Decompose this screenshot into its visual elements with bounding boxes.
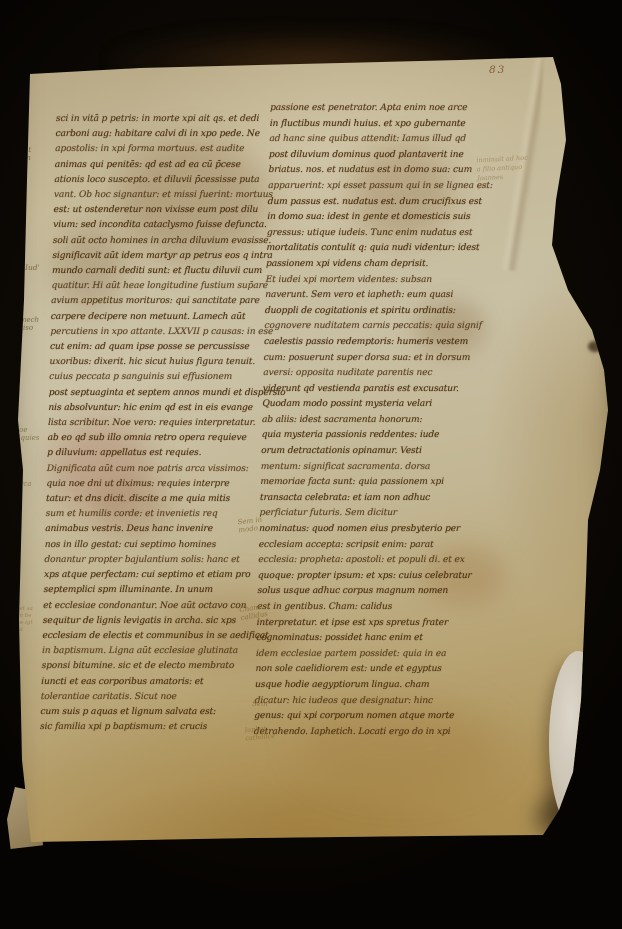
text-line: et ecclesiae condonantur. Noe aūt octavo… (43, 599, 235, 614)
text-line: sci in vitā p petris: in morte xpi ait q… (56, 112, 248, 127)
text-line: caelestis passio redemptoris: humeris ve… (264, 335, 462, 351)
text-line: cut enim: ad quam ipse posse se percussi… (50, 340, 242, 355)
text-line: percutiens in xpo attante. LXXVII p caus… (50, 325, 242, 340)
margin-inscription-right: inminuit ad hoca filio antiquoJoannespri (476, 154, 529, 192)
text-line: cognominatus: possidet hanc enim et (256, 631, 454, 647)
margin-note-line: Iud' (25, 263, 40, 272)
margin-note-line: Arca (15, 480, 32, 488)
text-line: animas qui penitēs: qd est ad ea cū p̄ce… (55, 158, 247, 173)
text-line: carboni aug: habitare calvi di in xpo pe… (55, 127, 247, 142)
text-line: genus: qui xpi corporum nomen atque mort… (254, 709, 452, 725)
text-line: est in gentibus. Cham: calidus (257, 600, 455, 616)
text-line: usque hodie aegyptiorum lingua. cham (255, 678, 453, 694)
text-line: dicatur: hic iudeos que designatur: hinc (254, 694, 452, 710)
text-line: septemplici spm illuminante. In unum (43, 583, 235, 598)
text-line: xps atque perfectam: cui septimo et etia… (44, 568, 236, 583)
text-line: viderunt qd vestienda paratis est excusa… (263, 382, 461, 398)
text-line: Quodam modo possint mysteria velari (262, 397, 460, 413)
text-line: in baptismum. Ligna aūt ecclesiae glutin… (42, 644, 234, 659)
text-line: cuius peccata p sanguinis sui effusionem (49, 370, 241, 385)
text-column-left: sci in vitā p petris: in morte xpi ait q… (40, 112, 248, 735)
text-line: naverunt. Sem vero et iapheth: eum quasi (265, 288, 463, 304)
text-line: briatus. nos. et nudatus est in domo sua… (268, 163, 466, 179)
text-line: sic familia xpi p baptismum: et crucis (40, 720, 232, 735)
text-line: ationis loco suscepto. et diluvii p̄cess… (54, 173, 246, 188)
text-line: in fluctibus mundi huius. et xpo guberna… (270, 117, 468, 133)
text-line: nis absolvuntur: hic enim qd est in eis … (48, 401, 240, 416)
text-line: cognovere nuditatem carnis peccatis: qui… (264, 319, 462, 335)
text-line: sum et humilis corde: et invenietis req (45, 507, 237, 522)
folio-number: 83 (489, 64, 506, 76)
text-line: orum detractationis opinamur. Vesti (261, 444, 459, 460)
text-line: ecclesia: propheta: apostoli: et populi … (258, 553, 456, 569)
margin-note-line: eqal (11, 627, 33, 634)
margin-note-line: occiso (11, 324, 39, 332)
text-line: quatitur. Hi aūt heae longitudine fustiu… (51, 279, 243, 294)
text-line: quia noe dni ut diximus: requies interpr… (46, 477, 238, 492)
text-line: idem ecclesiae partem possidet: quia in … (256, 647, 454, 663)
text-line: quoque: propter ipsum: et xps: cuius cel… (258, 569, 456, 585)
text-line: mortalitatis contulit q: quia nudi viden… (266, 241, 464, 257)
text-column-right: passione est penetrator. Apta enim noe a… (254, 101, 469, 740)
text-line: ecclesiam de electis et communibus in se… (42, 629, 234, 644)
text-line: interpretatur. et ipse est xps spretus f… (256, 616, 454, 632)
margin-note-left-4: Noerequies (13, 426, 39, 443)
text-line: lista scribitur. Noe vero: requies inter… (48, 416, 240, 431)
text-line: cum: posuerunt super dorsa sua: et in do… (263, 351, 461, 367)
text-line: quia mysteria passionis reddentes: iude (261, 428, 459, 444)
margin-note-line: requies (13, 434, 39, 442)
margin-note-line: catholice (245, 732, 275, 742)
weight-shadow (536, 790, 614, 844)
margin-note-left-5: Arca (15, 480, 32, 488)
text-line: post septuaginta et septem annos mundi e… (49, 386, 241, 401)
margin-note-line: Noe (13, 426, 39, 434)
text-line: nos in illo gestat: cui septimo homines (45, 538, 237, 553)
text-line: ab eo qd sub illo omnia retro opera requ… (47, 431, 239, 446)
text-line: detrahendo. Iaphetich. Locati ergo do in… (254, 725, 452, 741)
intercolumn-note-iaphet: Iaphetcatholice (244, 725, 275, 743)
text-line: p diluvium: appellatus est requies. (47, 446, 239, 461)
manuscript-photo: 83 sci in vitā p petris: in morte xpi ai… (0, 0, 622, 929)
margin-note-line: culant (9, 146, 31, 154)
margin-note-line: uelam (9, 154, 31, 162)
text-line: est: ut ostenderetur non vixisse eum pos… (53, 203, 245, 218)
parchment-page: 83 sci in vitā p petris: in morte xpi ai… (0, 0, 622, 929)
text-line: Dignificata aūt cum noe patris arca viss… (47, 462, 239, 477)
margin-note-line: Sem (252, 700, 268, 708)
page-weight-disc (549, 651, 607, 833)
text-line: duoppli de cogitationis et spiritu ordin… (265, 304, 463, 320)
text-line: uxoribus: dixerit. hic sicut huius figur… (49, 355, 241, 370)
text-line: ab aliis: idest sacramenta honorum: (262, 413, 460, 429)
text-line: significavit aūt idem martyr ap petrus e… (52, 249, 244, 264)
text-line: memoriae facta sunt: quia passionem xpi (260, 475, 458, 491)
text-line: vant. Ob hoc signantur: et missi fuerint… (54, 188, 246, 203)
text-line: iuncti et eas corporibus amatoris: et (41, 675, 233, 690)
text-line: post diluvium dominus quod plantaverit i… (269, 148, 467, 164)
text-line: ecclesiam accepta: scripsit enim: parat (259, 538, 457, 554)
text-line: vium: sed incondita cataclysmo fuisse de… (53, 218, 245, 233)
text-line: apparuerint: xpi esset passum qui in se … (268, 179, 466, 195)
text-line: aversi: opposita nuditate parentis nec (263, 366, 461, 382)
margin-note-left-1: culantuelam (9, 146, 31, 163)
text-line: solus usque adhuc corpus magnum nomen (257, 584, 455, 600)
text-line: carpere decipere non metuunt. Lamech aūt (51, 310, 243, 325)
text-line: non sole caelidiorem est: unde et egyptu… (255, 662, 453, 678)
text-line: Et iudei xpi mortem videntes: subsan (265, 273, 463, 289)
ink-spot (588, 341, 602, 352)
text-line: tolerantiae caritatis. Sicut noe (41, 690, 233, 705)
text-line: tatur: et dns dicit. discite a me quia m… (46, 492, 238, 507)
margin-note-line: men be (11, 613, 33, 620)
text-line: sequitur de lignis levigatis in archa. s… (43, 614, 235, 629)
text-line: soli aūt octo homines in archa diluvium … (53, 234, 245, 249)
text-line: sponsi bitumine. sic et de electo membra… (41, 659, 233, 674)
margin-note-line: Lamech (11, 316, 39, 324)
text-line: mundo carnali dediti sunt: et fluctu dil… (52, 264, 244, 279)
margin-note-left-6: amet samen belisse igteqal (11, 606, 33, 635)
margin-note-left-2: Iud' (25, 263, 40, 272)
text-line: ad hanc sine quibus attendit: Iamus illu… (269, 132, 467, 148)
text-line: transacta celebrata: et iam non adhuc (260, 491, 458, 507)
margin-note-line: amet sa (11, 606, 33, 613)
text-line: passionem xpi videns cham deprisit. (266, 257, 464, 273)
text-line: nominatus: quod nomen eius presbyterio p… (259, 522, 457, 538)
text-line: cum suis p aquas et lignum salvata est: (40, 705, 232, 720)
text-line: passione est penetrator. Apta enim noe a… (270, 101, 468, 117)
text-line: in domo sua: idest in gente et domestici… (267, 210, 465, 226)
text-line: perficiatur futuris. Sem dicitur (259, 506, 457, 522)
text-line: apostolis: in xpi forma mortuus. est aud… (55, 142, 247, 157)
text-line: donantur propter bajulantium solis: hanc… (44, 553, 236, 568)
text-line: dum passus est. nudatus est. dum crucifi… (268, 195, 466, 211)
text-line: gressus: utique iudeis. Tunc enim nudatu… (267, 226, 465, 242)
intercolumn-note-sem2: Sem (252, 700, 268, 708)
margin-note-left-3: Lamechocciso (11, 316, 39, 333)
intercolumn-note-sem: Sem inmodo (237, 516, 263, 535)
text-line: mentum: significat sacramenta. dorsa (261, 460, 459, 476)
margin-note-line: lisse igt (11, 620, 33, 627)
text-line: animabus vestris. Deus hanc invenire (45, 522, 237, 537)
text-line: avium appetitus morituros: qui sanctitat… (51, 294, 243, 309)
